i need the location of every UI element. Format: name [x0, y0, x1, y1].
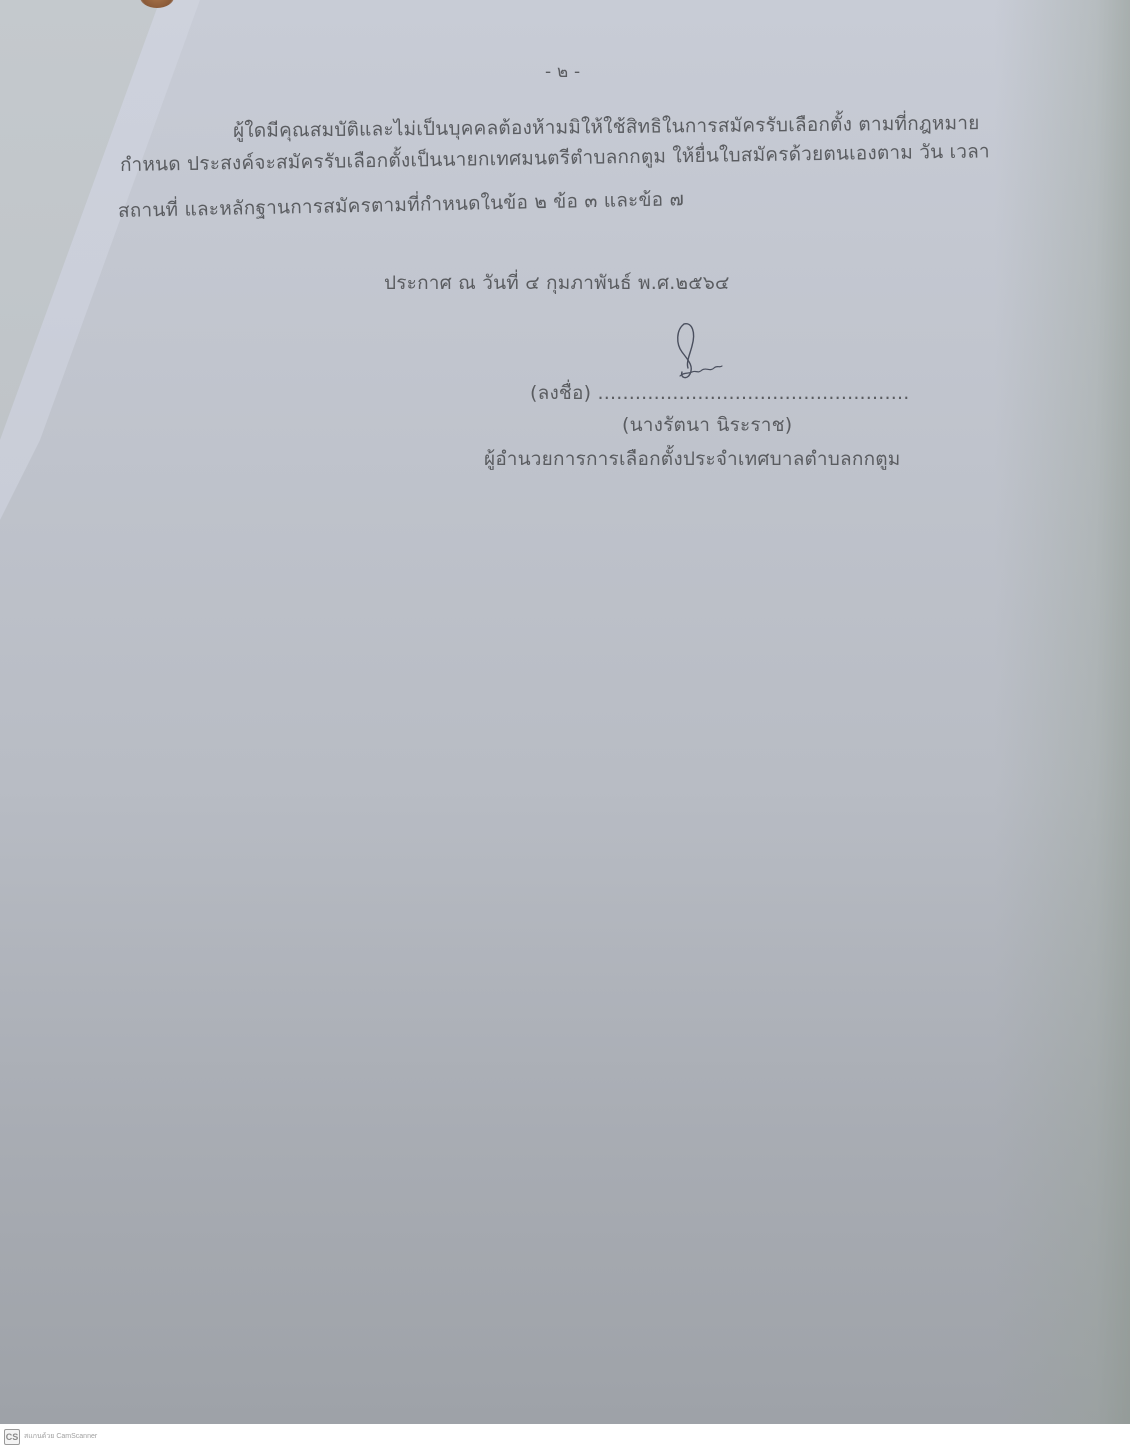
scanner-footer: CS สแกนด้วย CamScanner	[0, 1424, 1130, 1449]
signer-title: ผู้อำนวยการการเลือกตั้งประจำเทศบาลตำบลกก…	[484, 444, 901, 474]
scanned-photo: - ๒ - ผู้ใดมีคุณสมบัติและไม่เป็นบุคคลต้อ…	[0, 0, 1130, 1424]
scanner-watermark: สแกนด้วย CamScanner	[24, 1431, 97, 1442]
handwritten-signature	[670, 322, 730, 384]
signer-name: (นางรัตนา นิระราช)	[622, 410, 792, 440]
page-number: - ๒ -	[545, 58, 580, 85]
announcement-date: ประกาศ ณ วันที่ ๔ กุมภาพันธ์ พ.ศ.๒๕๖๔	[384, 268, 730, 298]
signature-line: (ลงชื่อ) ...............................…	[530, 378, 909, 408]
camscanner-logo-icon: CS	[4, 1429, 20, 1445]
